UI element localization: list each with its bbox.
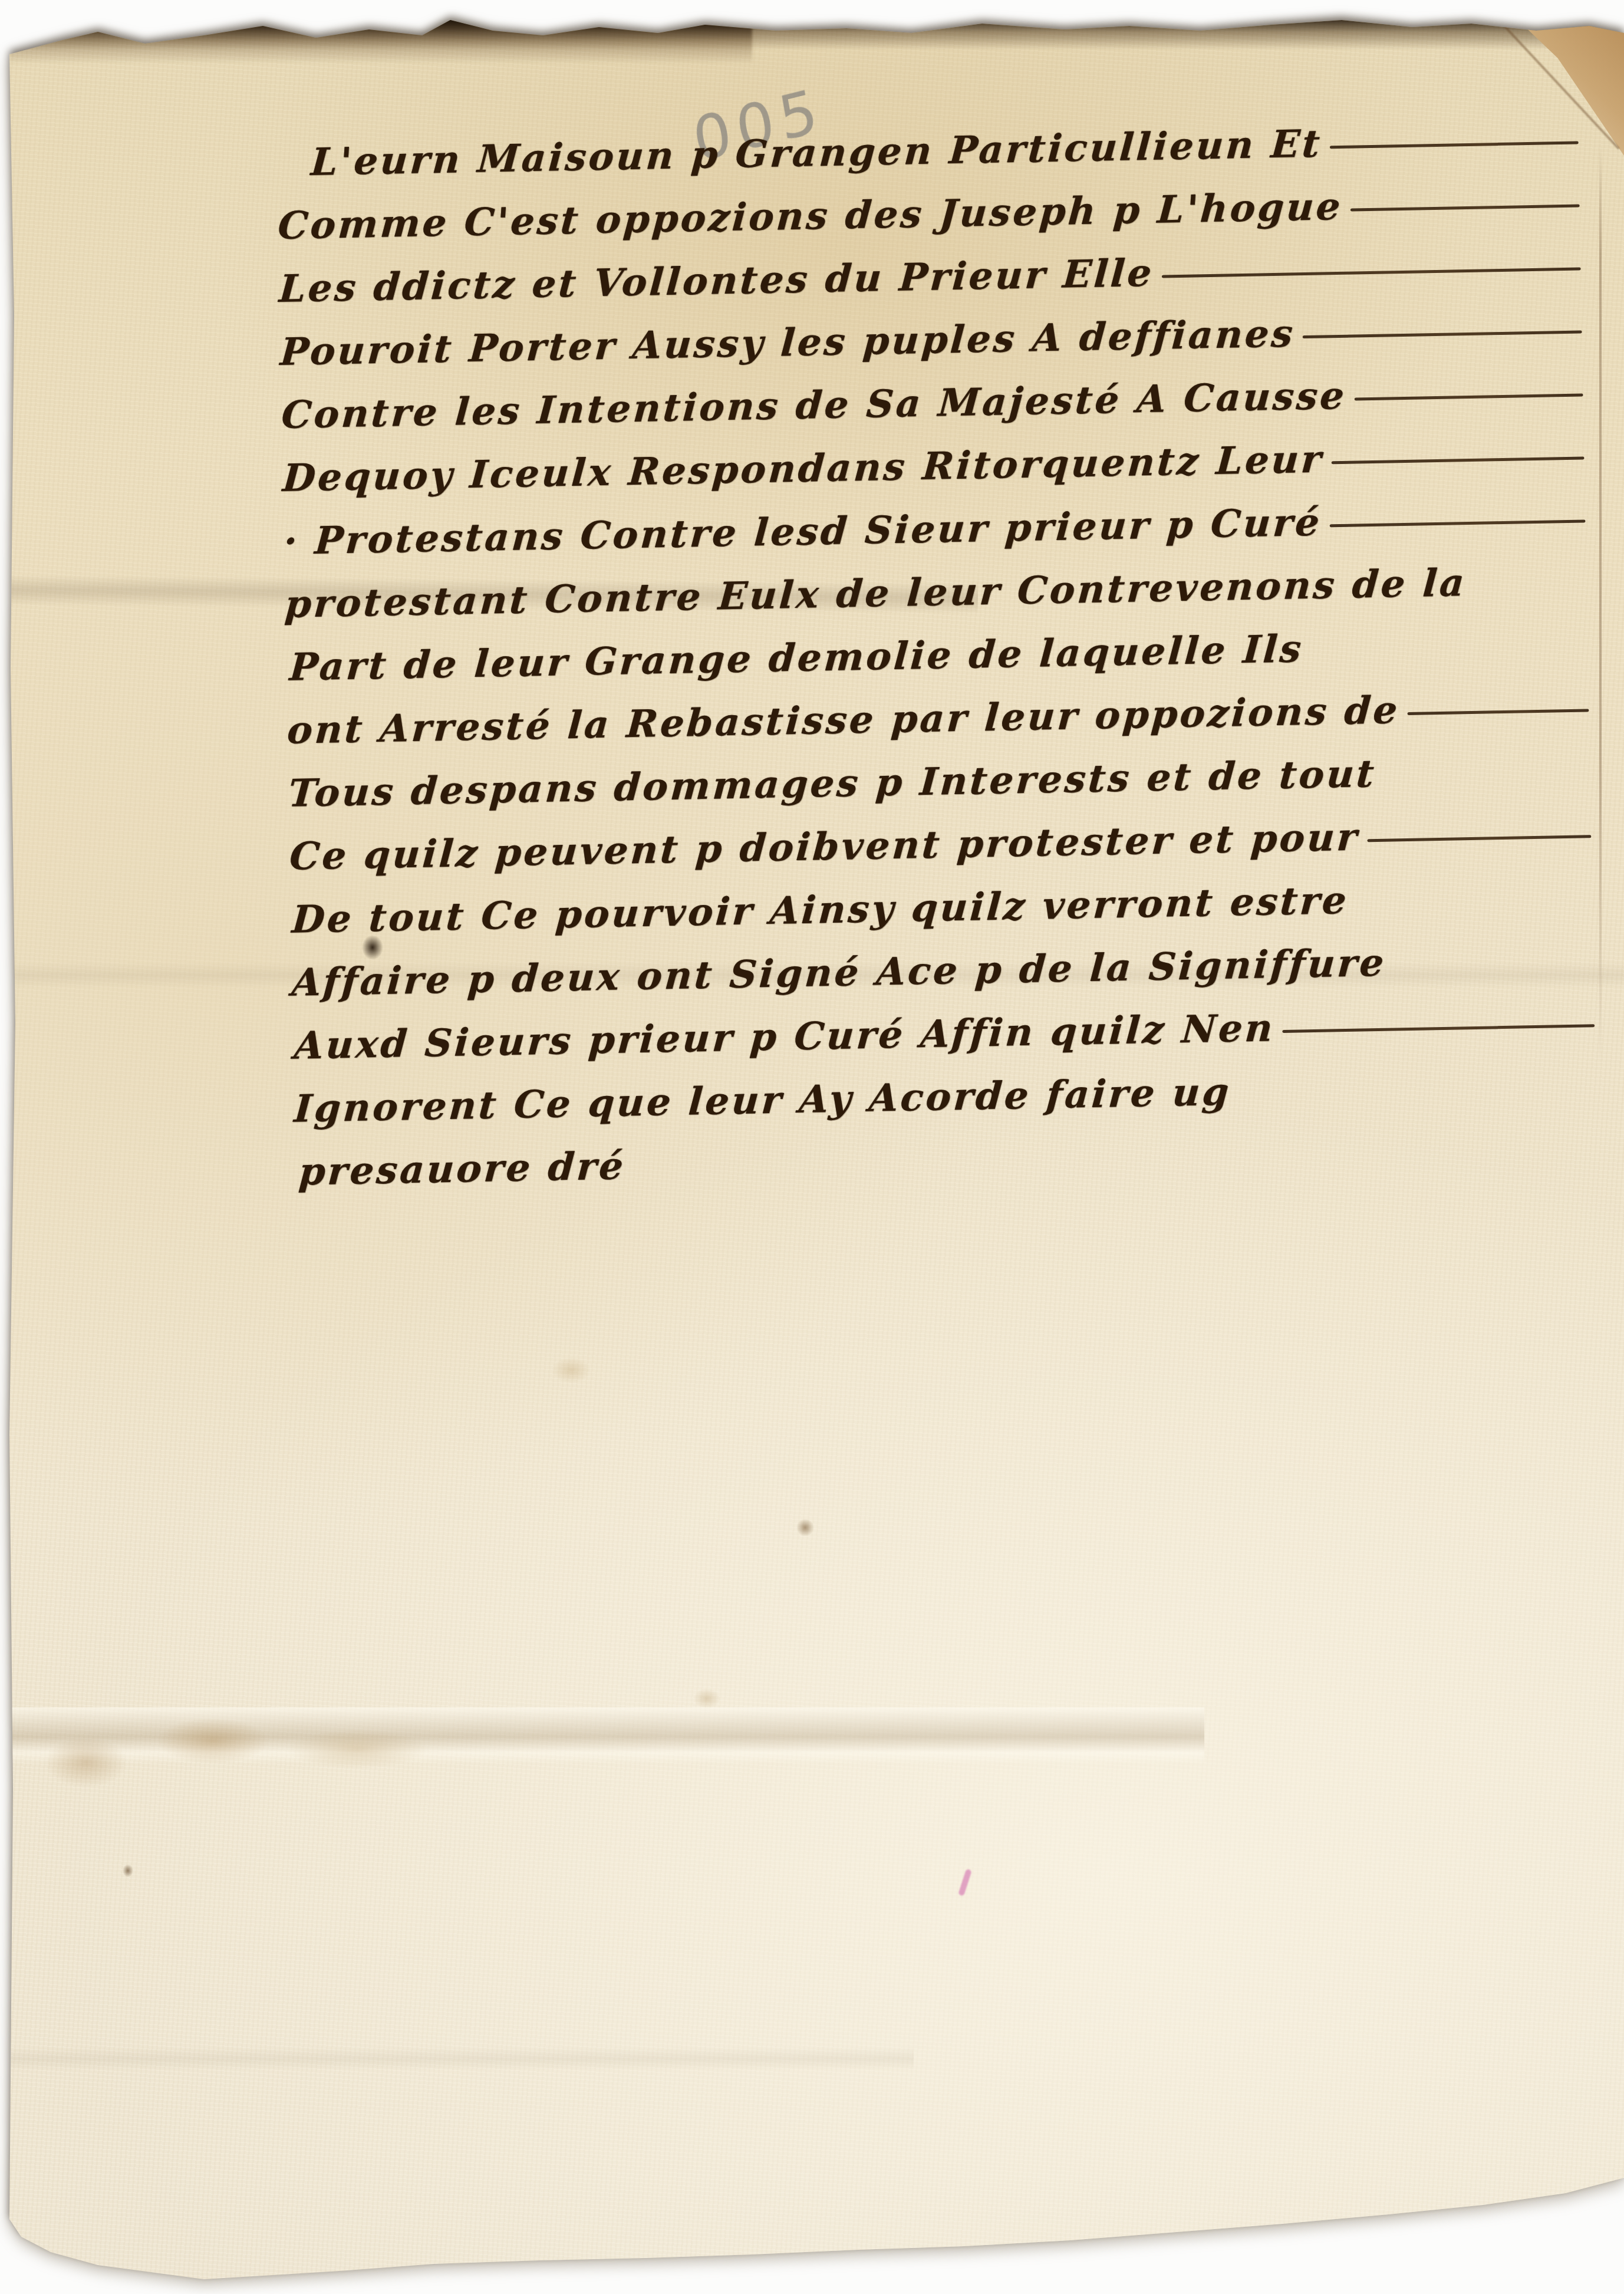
stain [123, 1864, 133, 1877]
ink-rule [1331, 456, 1584, 464]
ink-rule [1329, 519, 1585, 527]
stain [286, 1730, 428, 1769]
stain [157, 1718, 269, 1764]
scanned-document-page: 005 L'eurn Maisoun p Grangen Particullie… [0, 0, 1624, 2294]
fold-crease-lower-stained [9, 1707, 1204, 1764]
ink-rule [1283, 1024, 1595, 1033]
ink-rule [1161, 267, 1580, 278]
fold-crease-bottom [9, 2047, 914, 2071]
stain [552, 1357, 591, 1383]
ink-rule [1303, 330, 1582, 338]
ink-rule [1330, 141, 1579, 149]
pink-mark [958, 1869, 972, 1897]
stain [796, 1519, 814, 1536]
manuscript-text-block: L'eurn Maisoun p Grangen Particullieun E… [276, 106, 1614, 1202]
ink-rule [1350, 204, 1580, 211]
stain [693, 1689, 720, 1709]
torn-top-edge-shadow-left [9, 18, 752, 64]
ink-rule [1354, 393, 1583, 400]
paper-shadow: 005 L'eurn Maisoun p Grangen Particullie… [9, 20, 1624, 2284]
ink-rule [1407, 709, 1589, 715]
ink-rule [1367, 835, 1591, 842]
line-text: presauore dré [297, 1147, 627, 1202]
stain [45, 1737, 127, 1788]
manuscript-paper: 005 L'eurn Maisoun p Grangen Particullie… [9, 20, 1624, 2284]
